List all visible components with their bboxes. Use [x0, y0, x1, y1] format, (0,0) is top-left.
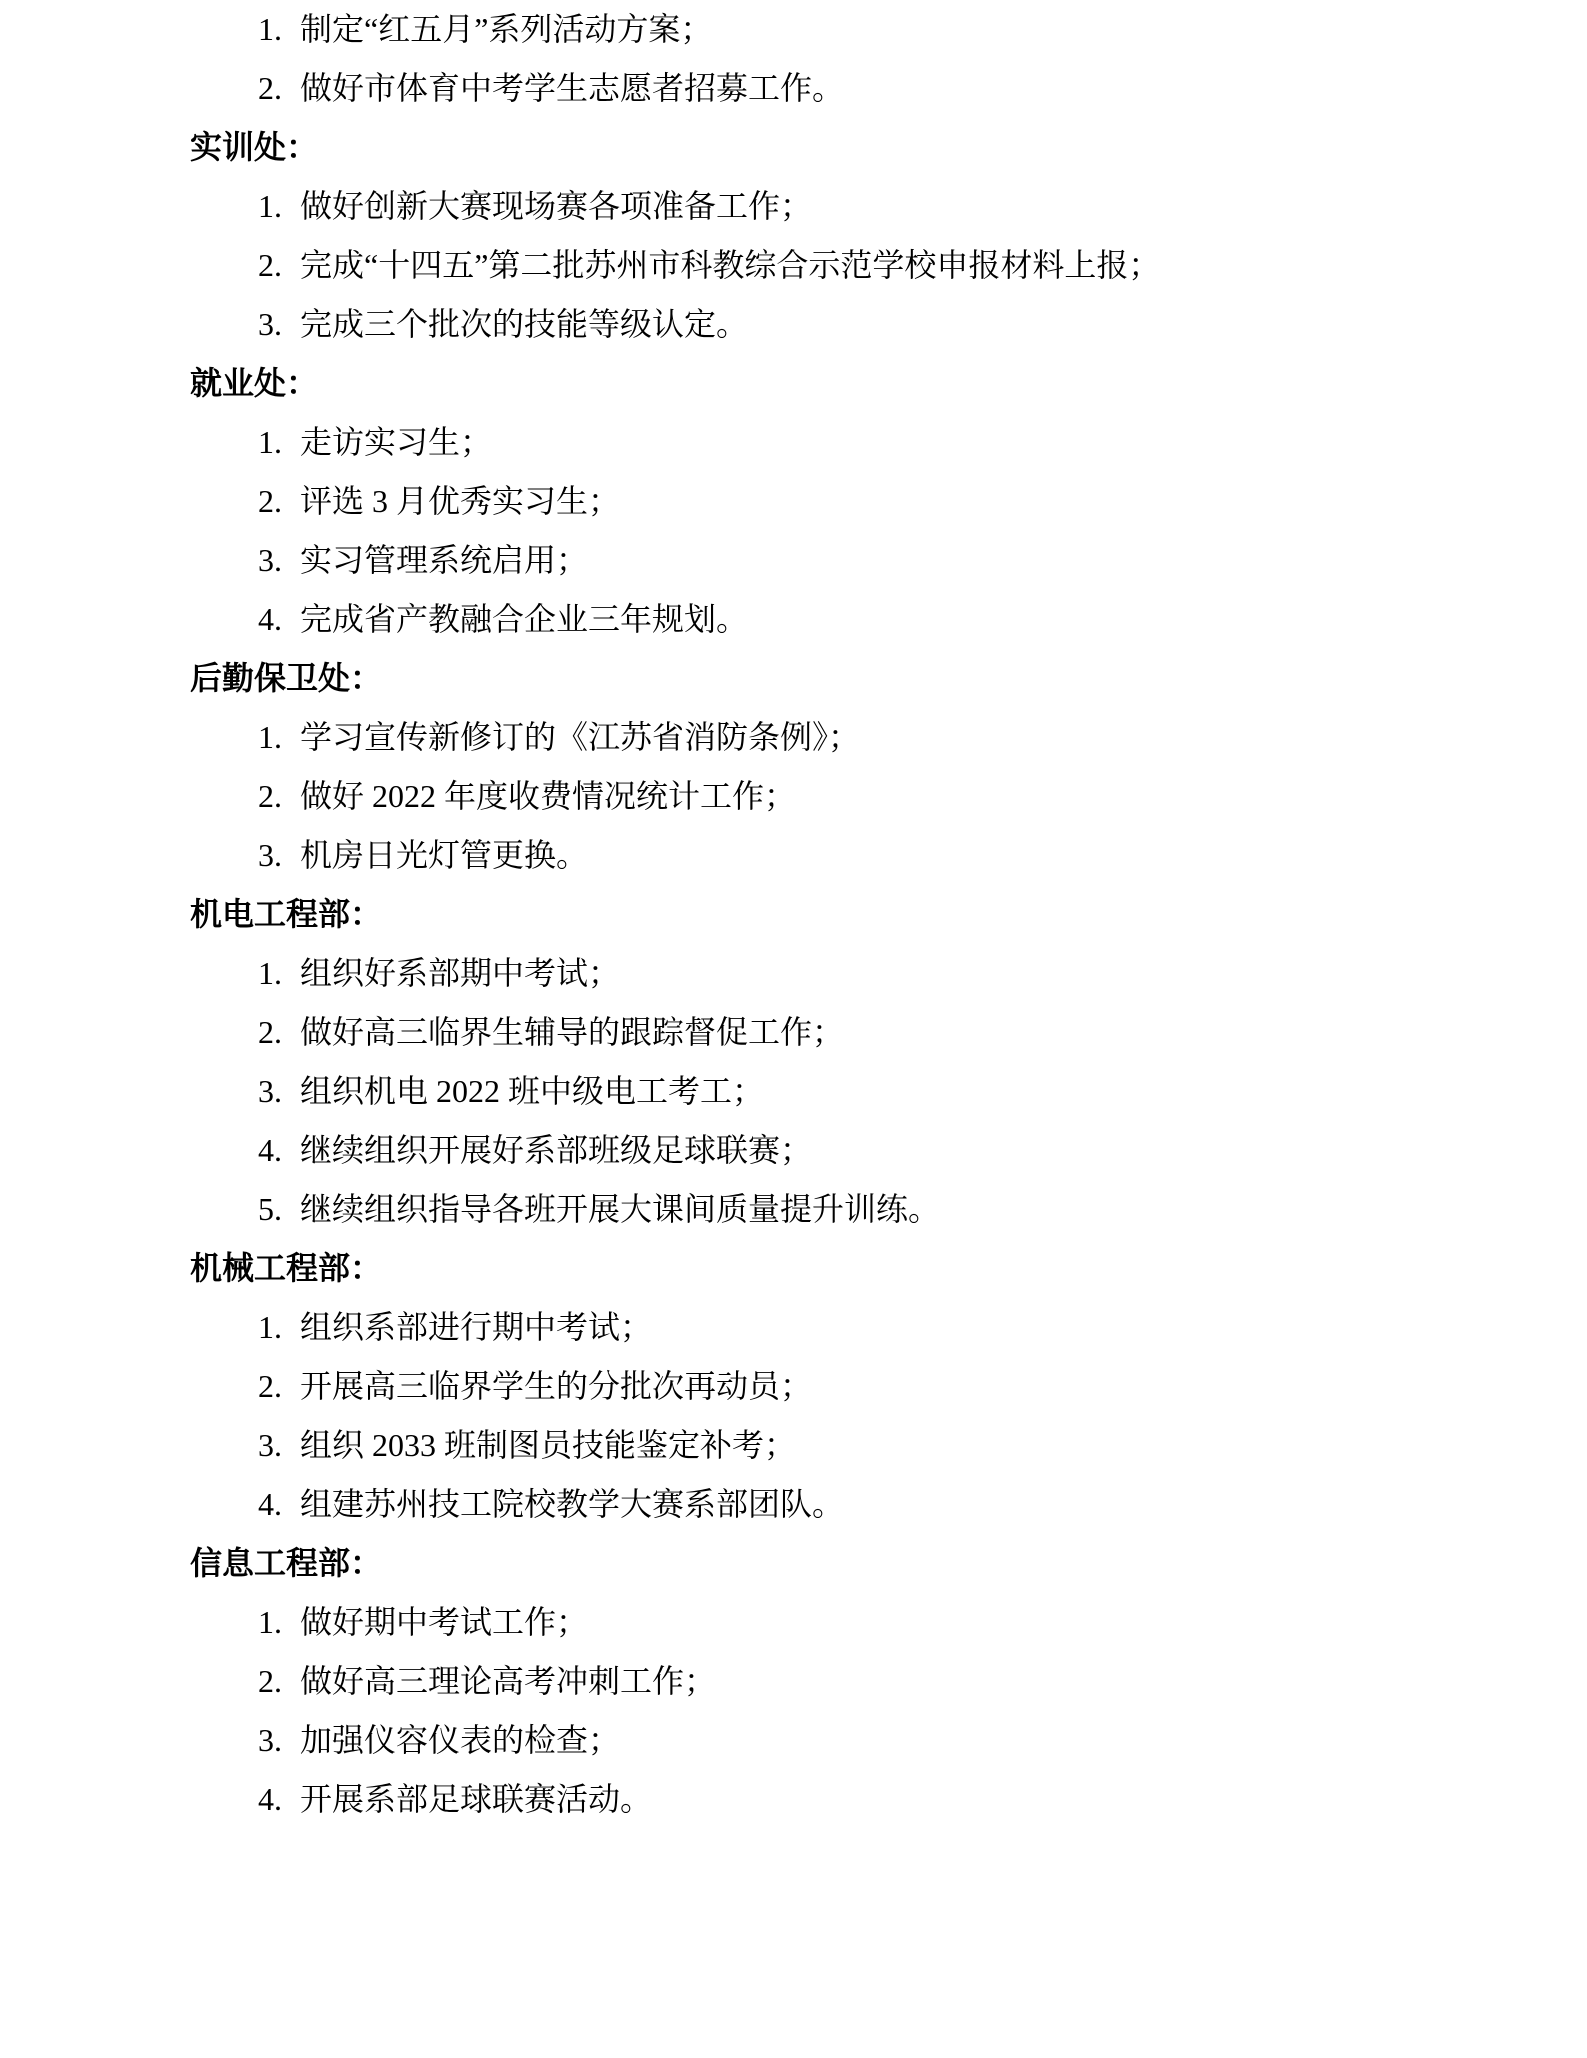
section-heading: 机电工程部： — [0, 885, 1587, 944]
list-item-text: 制定“红五月”系列活动方案； — [300, 11, 712, 47]
list-item-number: 3. — [258, 1416, 300, 1475]
list-item-text: 做好创新大赛现场赛各项准备工作； — [300, 188, 812, 224]
list-item-number: 2. — [258, 236, 300, 295]
list-item: 1.做好期中考试工作； — [0, 1593, 1587, 1652]
document-page: 1.制定“红五月”系列活动方案；2.做好市体育中考学生志愿者招募工作。实训处：1… — [0, 0, 1587, 2058]
list-item-text: 做好高三临界生辅导的跟踪督促工作； — [300, 1014, 844, 1050]
list-item-text: 继续组织指导各班开展大课间质量提升训练。 — [300, 1191, 940, 1227]
list-item: 3.组织 2033 班制图员技能鉴定补考； — [0, 1416, 1587, 1475]
list-item-number: 1. — [258, 177, 300, 236]
list-item: 1.组织系部进行期中考试； — [0, 1298, 1587, 1357]
list-item: 2.做好市体育中考学生志愿者招募工作。 — [0, 59, 1587, 118]
section-heading: 就业处： — [0, 354, 1587, 413]
list-item-number: 4. — [258, 1770, 300, 1829]
list-item-text: 组织系部进行期中考试； — [300, 1309, 652, 1345]
list-item-number: 5. — [258, 1180, 300, 1239]
list-item-text: 机房日光灯管更换。 — [300, 837, 588, 873]
list-item-text: 组织 2033 班制图员技能鉴定补考； — [300, 1427, 796, 1463]
section-heading: 实训处： — [0, 118, 1587, 177]
list-item: 2.做好 2022 年度收费情况统计工作； — [0, 767, 1587, 826]
list-item: 4.完成省产教融合企业三年规划。 — [0, 590, 1587, 649]
list-item-number: 2. — [258, 767, 300, 826]
list-item-text: 组建苏州技工院校教学大赛系部团队。 — [300, 1486, 844, 1522]
list-item-text: 组织机电 2022 班中级电工考工； — [300, 1073, 764, 1109]
list-item-number: 1. — [258, 1593, 300, 1652]
list-item: 1.学习宣传新修订的《江苏省消防条例》； — [0, 708, 1587, 767]
list-item-text: 走访实习生； — [300, 424, 492, 460]
section-heading: 信息工程部： — [0, 1534, 1587, 1593]
list-item: 2.做好高三临界生辅导的跟踪督促工作； — [0, 1003, 1587, 1062]
section-heading: 后勤保卫处： — [0, 649, 1587, 708]
list-item-number: 1. — [258, 1298, 300, 1357]
list-item-number: 3. — [258, 1711, 300, 1770]
list-item-number: 2. — [258, 1652, 300, 1711]
section-heading: 机械工程部： — [0, 1239, 1587, 1298]
list-item: 4.继续组织开展好系部班级足球联赛； — [0, 1121, 1587, 1180]
list-item-number: 1. — [258, 413, 300, 472]
list-item-number: 3. — [258, 295, 300, 354]
list-item-number: 2. — [258, 472, 300, 531]
list-item-number: 1. — [258, 708, 300, 767]
list-item-text: 开展高三临界学生的分批次再动员； — [300, 1368, 812, 1404]
list-item-number: 3. — [258, 826, 300, 885]
list-item: 3.加强仪容仪表的检查； — [0, 1711, 1587, 1770]
list-item-text: 组织好系部期中考试； — [300, 955, 620, 991]
list-item-number: 4. — [258, 1121, 300, 1180]
list-item: 3.组织机电 2022 班中级电工考工； — [0, 1062, 1587, 1121]
list-item: 3.实习管理系统启用； — [0, 531, 1587, 590]
list-item-text: 实习管理系统启用； — [300, 542, 588, 578]
list-item-text: 做好市体育中考学生志愿者招募工作。 — [300, 70, 844, 106]
list-item-text: 做好期中考试工作； — [300, 1604, 588, 1640]
list-item-text: 完成省产教融合企业三年规划。 — [300, 601, 748, 637]
list-item: 2.开展高三临界学生的分批次再动员； — [0, 1357, 1587, 1416]
list-item-number: 2. — [258, 1003, 300, 1062]
list-item: 3.完成三个批次的技能等级认定。 — [0, 295, 1587, 354]
list-item-text: 评选 3 月优秀实习生； — [300, 483, 620, 519]
list-item: 2.评选 3 月优秀实习生； — [0, 472, 1587, 531]
list-item: 3.机房日光灯管更换。 — [0, 826, 1587, 885]
list-item-number: 1. — [258, 944, 300, 1003]
list-item: 2.完成“十四五”第二批苏州市科教综合示范学校申报材料上报； — [0, 236, 1587, 295]
list-item-number: 4. — [258, 1475, 300, 1534]
list-item-number: 3. — [258, 531, 300, 590]
list-item-text: 继续组织开展好系部班级足球联赛； — [300, 1132, 812, 1168]
document-content: 1.制定“红五月”系列活动方案；2.做好市体育中考学生志愿者招募工作。实训处：1… — [0, 0, 1587, 1829]
list-item: 5.继续组织指导各班开展大课间质量提升训练。 — [0, 1180, 1587, 1239]
list-item-number: 2. — [258, 1357, 300, 1416]
list-item-text: 做好高三理论高考冲刺工作； — [300, 1663, 716, 1699]
list-item-number: 2. — [258, 59, 300, 118]
list-item-text: 加强仪容仪表的检查； — [300, 1722, 620, 1758]
list-item-text: 做好 2022 年度收费情况统计工作； — [300, 778, 796, 814]
list-item: 1.走访实习生； — [0, 413, 1587, 472]
list-item-text: 学习宣传新修订的《江苏省消防条例》； — [300, 719, 860, 755]
list-item: 1.做好创新大赛现场赛各项准备工作； — [0, 177, 1587, 236]
list-item: 4.开展系部足球联赛活动。 — [0, 1770, 1587, 1829]
list-item-text: 完成三个批次的技能等级认定。 — [300, 306, 748, 342]
list-item: 4.组建苏州技工院校教学大赛系部团队。 — [0, 1475, 1587, 1534]
list-item: 2.做好高三理论高考冲刺工作； — [0, 1652, 1587, 1711]
list-item: 1.组织好系部期中考试； — [0, 944, 1587, 1003]
list-item-text: 开展系部足球联赛活动。 — [300, 1781, 652, 1817]
list-item-number: 1. — [258, 0, 300, 59]
list-item-number: 3. — [258, 1062, 300, 1121]
list-item-text: 完成“十四五”第二批苏州市科教综合示范学校申报材料上报； — [300, 247, 1160, 283]
list-item: 1.制定“红五月”系列活动方案； — [0, 0, 1587, 59]
list-item-number: 4. — [258, 590, 300, 649]
